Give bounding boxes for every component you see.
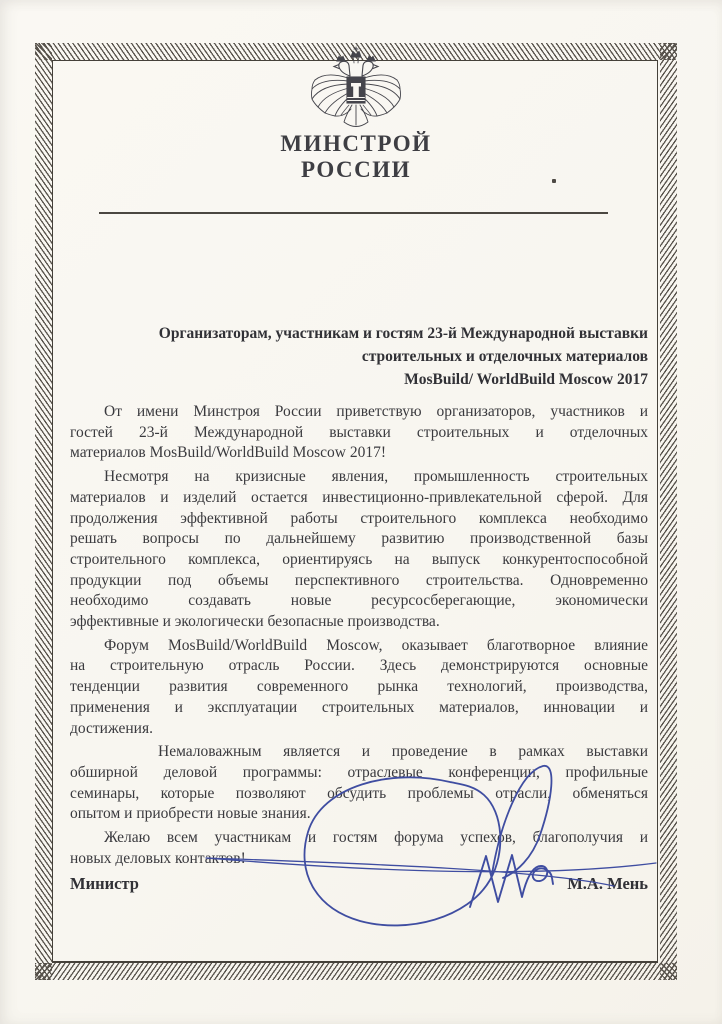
text-line: семинары, которые позволяют обсудить про… [70, 784, 648, 805]
text-line: необходимо создавать новые ресурсосберег… [70, 591, 648, 612]
text-line: Форум MosBuild/WorldBuild Moscow, оказыв… [70, 636, 648, 657]
text-line: строительного комплекса, ориентируясь на… [70, 550, 648, 571]
border-hatch-bottom [35, 963, 677, 980]
text-line: Желаю всем участникам и гостям форума ус… [70, 828, 648, 849]
org-name-line2: РОССИИ [53, 157, 659, 183]
signer-name: М.А. Мень [567, 874, 648, 894]
letter-body: От имени Минстроя России приветствую орг… [70, 402, 648, 869]
text-line: материалов и изделий остается инвестицио… [70, 488, 648, 509]
border-corner-top-right [660, 43, 677, 60]
text-line: новых деловых контактов! [70, 849, 648, 870]
text-line: Немаловажным является и проведение в рам… [70, 742, 648, 763]
paragraph-industry: Несмотря на кризисные явления, промышлен… [70, 467, 648, 633]
text-line: эффективные и экологически безопасные пр… [70, 612, 648, 633]
text-line: применения и эксплуатации строительных м… [70, 698, 648, 719]
text-line: материалов MosBuild/WorldBuild Moscow 20… [70, 443, 648, 464]
addressee-block: Организаторам, участникам и гостям 23-й … [70, 322, 648, 391]
text-line: гостей 23-й Международной выставки строи… [70, 423, 648, 444]
paragraph-greeting: От имени Минстроя России приветствую орг… [70, 402, 648, 464]
scan-speck [552, 179, 556, 183]
text-line: Несмотря на кризисные явления, промышлен… [70, 467, 648, 488]
border-hatch-left [35, 43, 52, 980]
text-line: решать вопросы по дальнейшему развитию п… [70, 529, 648, 550]
text-line: опытом и приобрести новые знания. [70, 804, 648, 825]
border-corner-top-left [35, 43, 52, 60]
paragraph-program: Немаловажным является и проведение в рам… [70, 742, 648, 825]
text-line: достижения. [70, 719, 648, 740]
letterhead-divider-line [99, 212, 608, 214]
org-name-line1: МИНСТРОЙ [53, 131, 659, 157]
text-line: тенденции развития современного рынка те… [70, 677, 648, 698]
text-line: продолжения эффективной работы строитель… [70, 509, 648, 530]
border-corner-bottom-right [660, 963, 677, 980]
text-line: на строительную отрасль России. Здесь де… [70, 656, 648, 677]
text-line: От имени Минстроя России приветствую орг… [70, 402, 648, 423]
paragraph-forum: Форум MosBuild/WorldBuild Moscow, оказыв… [70, 636, 648, 740]
text-line: обширной деловой программы: отраслевые к… [70, 763, 648, 784]
text-line: продукции под объемы перспективного стро… [70, 571, 648, 592]
text-line: Организаторам, участникам и гостям 23-й … [70, 322, 648, 345]
text-line: строительных и отделочных материалов [70, 345, 648, 368]
paragraph-wishes: Желаю всем участникам и гостям форума ус… [70, 828, 648, 869]
signature-row: Министр М.А. Мень [70, 874, 648, 894]
signer-title: Министр [70, 874, 139, 894]
border-corner-bottom-left [35, 963, 52, 980]
text-line: MosBuild/ WorldBuild Moscow 2017 [70, 368, 648, 391]
border-hatch-right [660, 43, 677, 980]
org-name: МИНСТРОЙ РОССИИ [53, 131, 659, 183]
double-headed-eagle-icon [308, 46, 404, 130]
scanned-letter-page: МИНСТРОЙ РОССИИ Организаторам, участника… [0, 0, 722, 1024]
